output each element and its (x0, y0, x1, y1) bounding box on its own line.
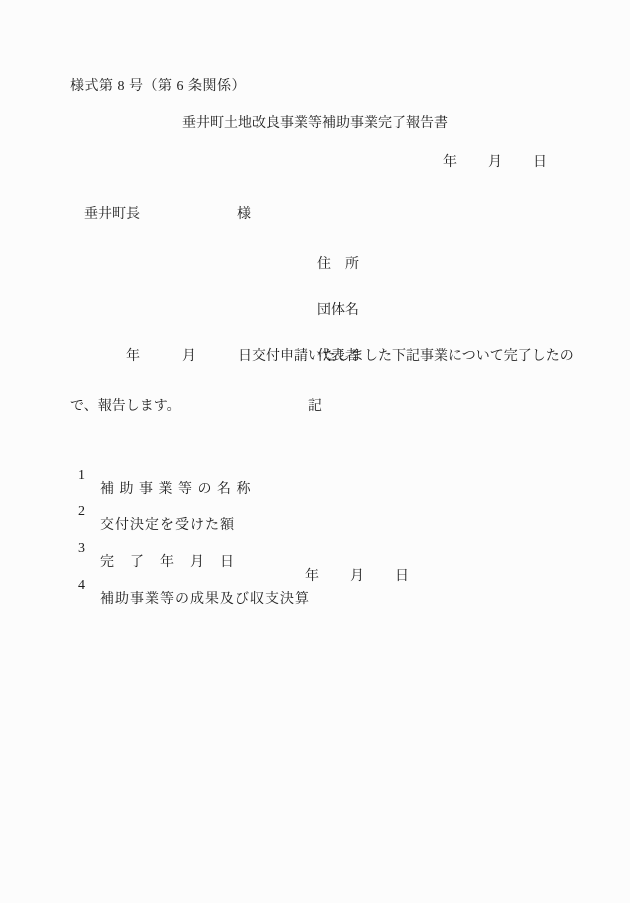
form-number: 様式第 8 号（第 6 条関係） (70, 80, 246, 94)
item-2-number: 2 (78, 505, 85, 519)
sender-address-label: 住 所 (317, 258, 359, 276)
item-4-number: 4 (78, 579, 85, 593)
item-3-number: 3 (78, 542, 85, 556)
addressee-line: 垂井町長様 (70, 194, 251, 236)
list-item-1: 1 補 助 事 業 等 の 名 称 (0, 455, 630, 471)
body-paragraph: 年 月 日交付申請いたしました下記事業について完了したの で、報告します。 (70, 322, 574, 450)
date-line: 年 月 日 (443, 156, 548, 170)
item-1-number: 1 (78, 469, 85, 483)
list-item-2: 2 交付決定を受けた額 (0, 491, 630, 507)
list-header-ki: 記 (0, 400, 630, 414)
addressee-name: 垂井町長 (84, 207, 140, 222)
list-item-3: 3 完 了 年 月 日 年 月 日 (0, 528, 630, 544)
sender-organization-label: 団体名 (317, 304, 359, 322)
body-line-1: 年 月 日交付申請いたしました下記事業について完了したの (70, 350, 574, 372)
addressee-honorific: 様 (237, 207, 251, 222)
list-item-4: 4 補助事業等の成果及び収支決算 (0, 565, 630, 581)
document-title: 垂井町土地改良事業等補助事業完了報告書 (0, 117, 630, 131)
item-4-label: 補助事業等の成果及び収支決算 (100, 593, 310, 607)
document-page: 様式第 8 号（第 6 条関係） 垂井町土地改良事業等補助事業完了報告書 年 月… (0, 0, 630, 903)
